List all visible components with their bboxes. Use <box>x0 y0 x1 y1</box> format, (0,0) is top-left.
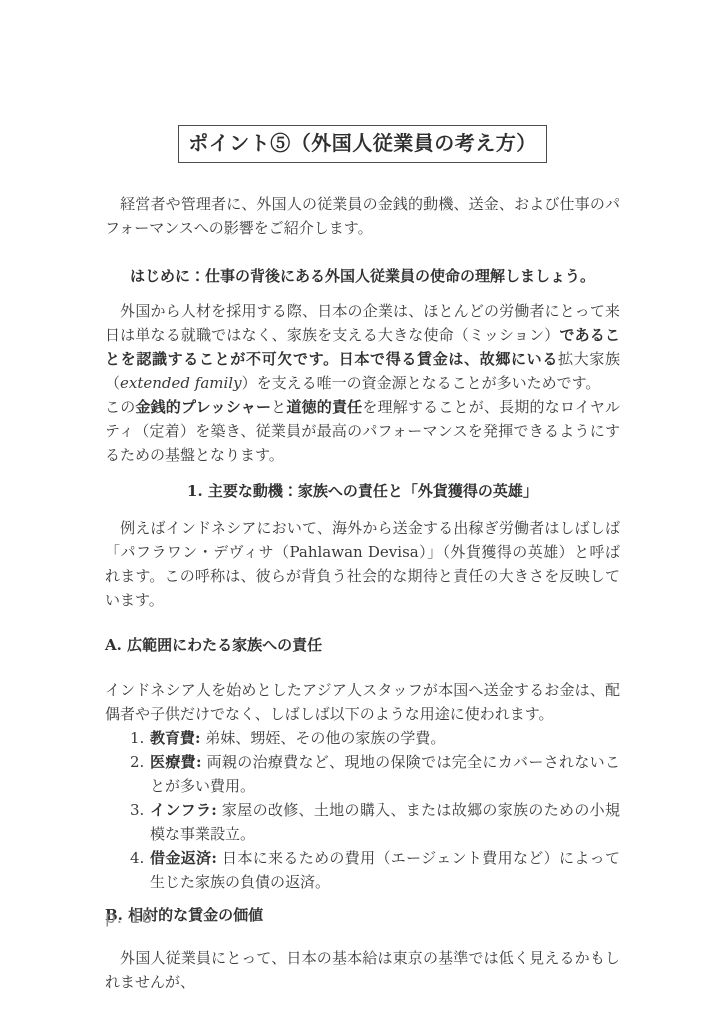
subsection-a-paragraph: インドネシア人を始めとしたアジア人スタッフが本国へ送金するお金は、配偶者や子供だ… <box>105 678 620 726</box>
list-item-number: 4. <box>130 846 150 870</box>
mission-p2-seg1: 金銭的プレッシャー <box>135 398 271 416</box>
page-title: ポイント⑤（外国人従業員の考え方） <box>178 125 547 163</box>
mission-paragraph-1: 外国から人材を採用する際、日本の企業は、ほとんどの労働者にとって来日は単なる就職… <box>105 299 620 395</box>
mission-p2-seg2: と <box>271 398 286 416</box>
section1-paragraph: 例えばインドネシアにおいて、海外から送金する出稼ぎ労働者はしばしば「パフラワン・… <box>105 516 620 612</box>
list-item-text: 弟妹、甥姪、その他の家族の学費。 <box>201 729 446 747</box>
mission-p2-seg0: この <box>105 398 135 416</box>
subsection-a-heading: A. 広範囲にわたる家族への責任 <box>105 633 620 657</box>
section1-heading: 1. 主要な動機：家族への責任と「外貨獲得の英雄」 <box>105 479 620 503</box>
list-item-body: 医療費: 両親の治療費など、現地の保険では完全にカバーされないことが多い費用。 <box>150 750 620 798</box>
intro-section-heading: はじめに：仕事の背後にある外国人従業員の使命の理解しましょう。 <box>105 264 620 288</box>
page-number: p. 16 <box>105 906 153 930</box>
subsection-b-paragraph: 外国人従業員にとって、日本の基本給は東京の基準では低く見えるかもしれませんが、 <box>105 946 620 994</box>
list-item-number: 1. <box>130 726 150 750</box>
mission-paragraph-2: この金銭的プレッシャーと道徳的責任を理解することが、長期的なロイヤルティ（定着）… <box>105 395 620 467</box>
list-item-body: 借金返済: 日本に来るための費用（エージェント費用など）によって生じた家族の負債… <box>150 846 620 894</box>
list-item-text: 日本に来るための費用（エージェント費用など）によって生じた家族の負債の返済。 <box>150 849 620 891</box>
list-item-text: 家屋の改修、土地の購入、または故郷の家族のための小規模な事業設立。 <box>150 801 620 843</box>
list-item-label: 教育費: <box>150 729 201 747</box>
list-item-label: 医療費: <box>150 753 202 771</box>
mission-p1-seg4: ）を支える唯一の資金源となることが多いためです。 <box>242 374 601 392</box>
list-item-text: 両親の治療費など、現地の保険では完全にカバーされないことが多い費用。 <box>150 753 620 795</box>
subsection-b-heading: B. 相対的な賃金の価値 <box>105 903 620 927</box>
list-item: 3. インフラ: 家屋の改修、土地の購入、または故郷の家族のための小規模な事業設… <box>130 798 620 846</box>
document-page: ポイント⑤（外国人従業員の考え方） 経営者や管理者に、外国人の従業員の金銭的動機… <box>0 0 724 1024</box>
mission-p1-seg0: 外国から人材を採用する際、日本の企業は、ほとんどの労働者にとって来日は単なる就職… <box>105 302 620 344</box>
intro-paragraph: 経営者や管理者に、外国人の従業員の金銭的動機、送金、および仕事のパフォーマンスへ… <box>105 192 620 240</box>
list-item-number: 2. <box>130 750 150 774</box>
mission-p1-seg3-extended-family: extended family <box>120 374 242 392</box>
list-item: 2. 医療費: 両親の治療費など、現地の保険では完全にカバーされないことが多い費… <box>130 750 620 798</box>
list-item: 4. 借金返済: 日本に来るための費用（エージェント費用など）によって生じた家族… <box>130 846 620 894</box>
list-item-label: 借金返済: <box>150 849 217 867</box>
list-item: 1. 教育費: 弟妹、甥姪、その他の家族の学費。 <box>130 726 620 750</box>
list-item-label: インフラ: <box>150 801 217 819</box>
list-item-body: 教育費: 弟妹、甥姪、その他の家族の学費。 <box>150 726 620 750</box>
document-content: ポイント⑤（外国人従業員の考え方） 経営者や管理者に、外国人の従業員の金銭的動機… <box>105 0 620 994</box>
remittance-uses-list: 1. 教育費: 弟妹、甥姪、その他の家族の学費。 2. 医療費: 両親の治療費な… <box>105 726 620 894</box>
title-section: ポイント⑤（外国人従業員の考え方） <box>105 0 620 163</box>
list-item-number: 3. <box>130 798 150 822</box>
list-item-body: インフラ: 家屋の改修、土地の購入、または故郷の家族のための小規模な事業設立。 <box>150 798 620 846</box>
mission-p2-seg3: 道徳的責任 <box>286 398 362 416</box>
